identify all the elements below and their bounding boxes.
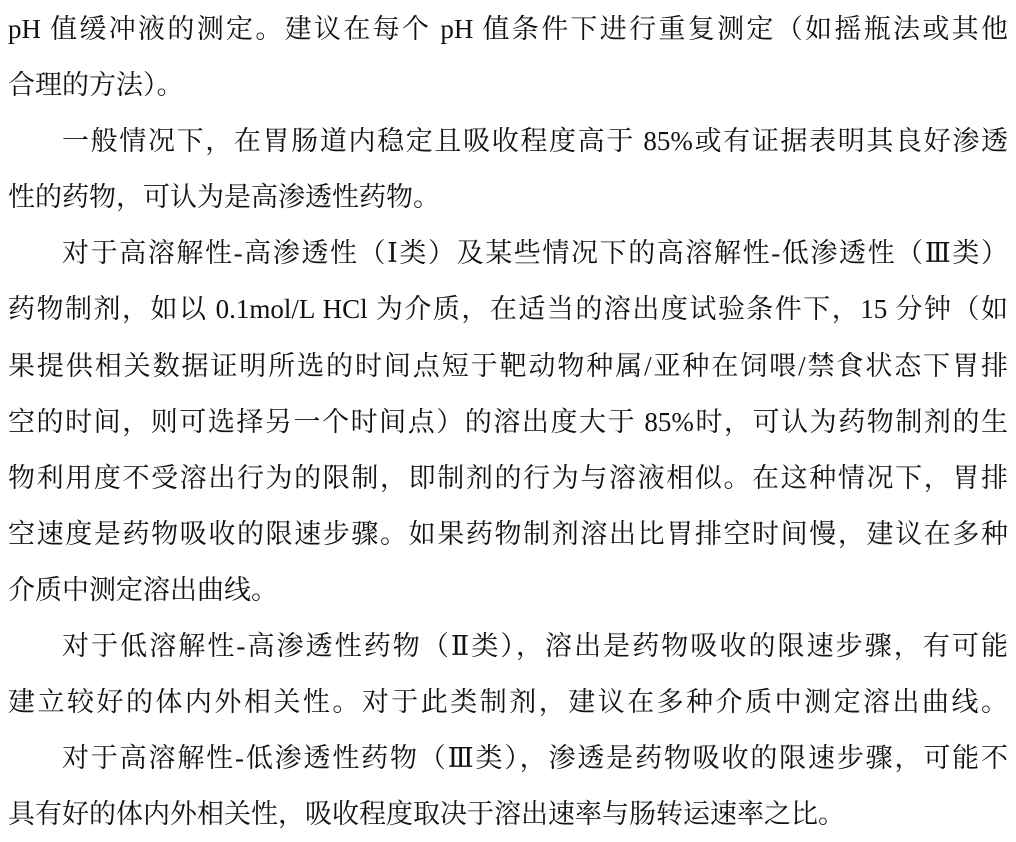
text-line: 物利用度不受溶出行为的限制，即制剂的行为与溶液相似。在这种情况下，胃排 xyxy=(8,450,1008,506)
text-line: 果提供相关数据证明所选的时间点短于靶动物种属/亚种在饲喂/禁食状态下胃排 xyxy=(8,338,1008,394)
text-line: 对于高溶解性-高渗透性（Ⅰ类）及某些情况下的高溶解性-低渗透性（Ⅲ类） xyxy=(8,225,1008,281)
text-line: 药物制剂，如以 0.1mol/L HCl 为介质，在适当的溶出度试验条件下，15… xyxy=(8,281,1008,337)
text-line: 一般情况下，在胃肠道内稳定且吸收程度高于 85%或有证据表明其良好渗透 xyxy=(8,113,1008,169)
text-line: 对于高溶解性-低渗透性药物（Ⅲ类），渗透是药物吸收的限速步骤，可能不 xyxy=(8,730,1008,786)
text-line: 性的药物，可认为是高渗透性药物。 xyxy=(8,169,1008,225)
text-line: 具有好的体内外相关性，吸收程度取决于溶出速率与肠转运速率之比。 xyxy=(8,786,1008,842)
text-line: 空速度是药物吸收的限速步骤。如果药物制剂溶出比胃排空时间慢，建议在多种 xyxy=(8,506,1008,562)
text-line: 合理的方法）。 xyxy=(8,57,1008,113)
text-line: 建立较好的体内外相关性。对于此类制剂，建议在多种介质中测定溶出曲线。 xyxy=(8,674,1008,730)
document-page: pH 值缓冲液的测定。建议在每个 pH 值条件下进行重复测定（如摇瓶法或其他 合… xyxy=(0,0,1016,842)
text-line: 介质中测定溶出曲线。 xyxy=(8,562,1008,618)
text-line: 对于低溶解性-高渗透性药物（Ⅱ类），溶出是药物吸收的限速步骤，有可能 xyxy=(8,618,1008,674)
text-line: 空的时间，则可选择另一个时间点）的溶出度大于 85%时，可认为药物制剂的生 xyxy=(8,394,1008,450)
text-line: pH 值缓冲液的测定。建议在每个 pH 值条件下进行重复测定（如摇瓶法或其他 xyxy=(8,1,1008,57)
